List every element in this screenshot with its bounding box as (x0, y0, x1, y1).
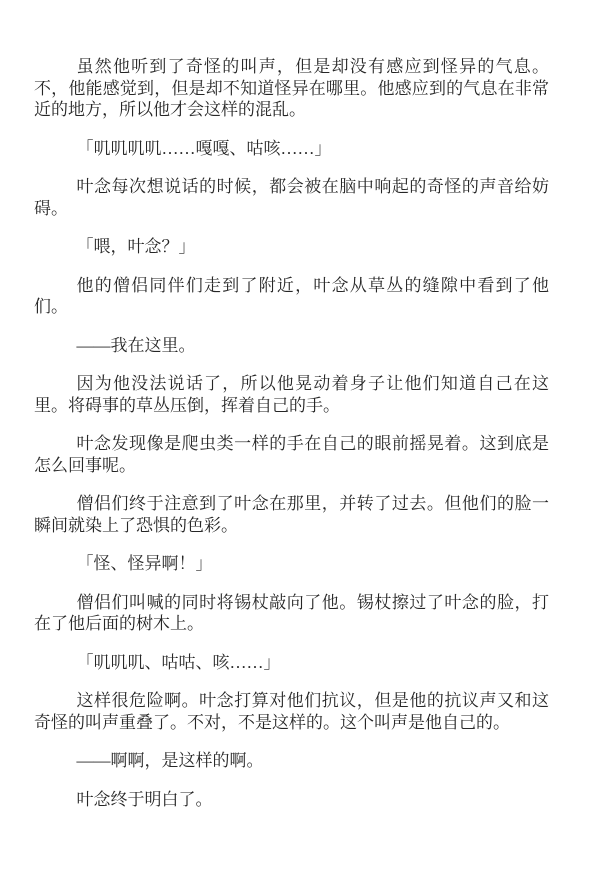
paragraph-thought: ——啊啊，是这样的啊。 (34, 750, 549, 772)
paragraph-narration: 他的僧侣同伴们走到了附近，叶念从草丛的缝隙中看到了他们。 (34, 275, 549, 318)
paragraph-thought: ——我在这里。 (34, 335, 549, 357)
paragraph-narration: 僧侣们叫喊的同时将锡杖敲向了他。锡杖擦过了叶念的脸，打在了他后面的树木上。 (34, 592, 549, 635)
paragraph-narration: 叶念终于明白了。 (34, 789, 549, 811)
paragraph-narration: 叶念每次想说话的时候，都会被在脑中响起的奇怪的声音给妨碍。 (34, 176, 549, 219)
paragraph-narration: 这样很危险啊。叶念打算对他们抗议，但是他的抗议声又和这奇怪的叫声重叠了。不对，不… (34, 690, 549, 733)
document-page: 虽然他听到了奇怪的叫声，但是却没有感应到怪异的气息。不，他能感觉到，但是却不知道… (0, 0, 613, 869)
paragraph-narration: 僧侣们终于注意到了叶念在那里，并转了过去。但他们的脸一瞬间就染上了恐惧的色彩。 (34, 493, 549, 536)
paragraph-dialogue: 「叽叽叽、咕咕、咳……」 (34, 652, 549, 674)
paragraph-narration: 因为他没法说话了，所以他晃动着身子让他们知道自己在这里。将碍事的草丛压倒，挥着自… (34, 373, 549, 416)
paragraph-dialogue: 「怪、怪异啊！」 (34, 553, 549, 575)
paragraph-narration: 叶念发现像是爬虫类一样的手在自己的眼前摇晃着。这到底是怎么回事呢。 (34, 433, 549, 476)
paragraph-narration: 虽然他听到了奇怪的叫声，但是却没有感应到怪异的气息。不，他能感觉到，但是却不知道… (34, 56, 549, 121)
paragraph-dialogue: 「喂，叶念？」 (34, 236, 549, 258)
paragraph-dialogue: 「叽叽叽叽……嘎嘎、咕咳……」 (34, 138, 549, 160)
